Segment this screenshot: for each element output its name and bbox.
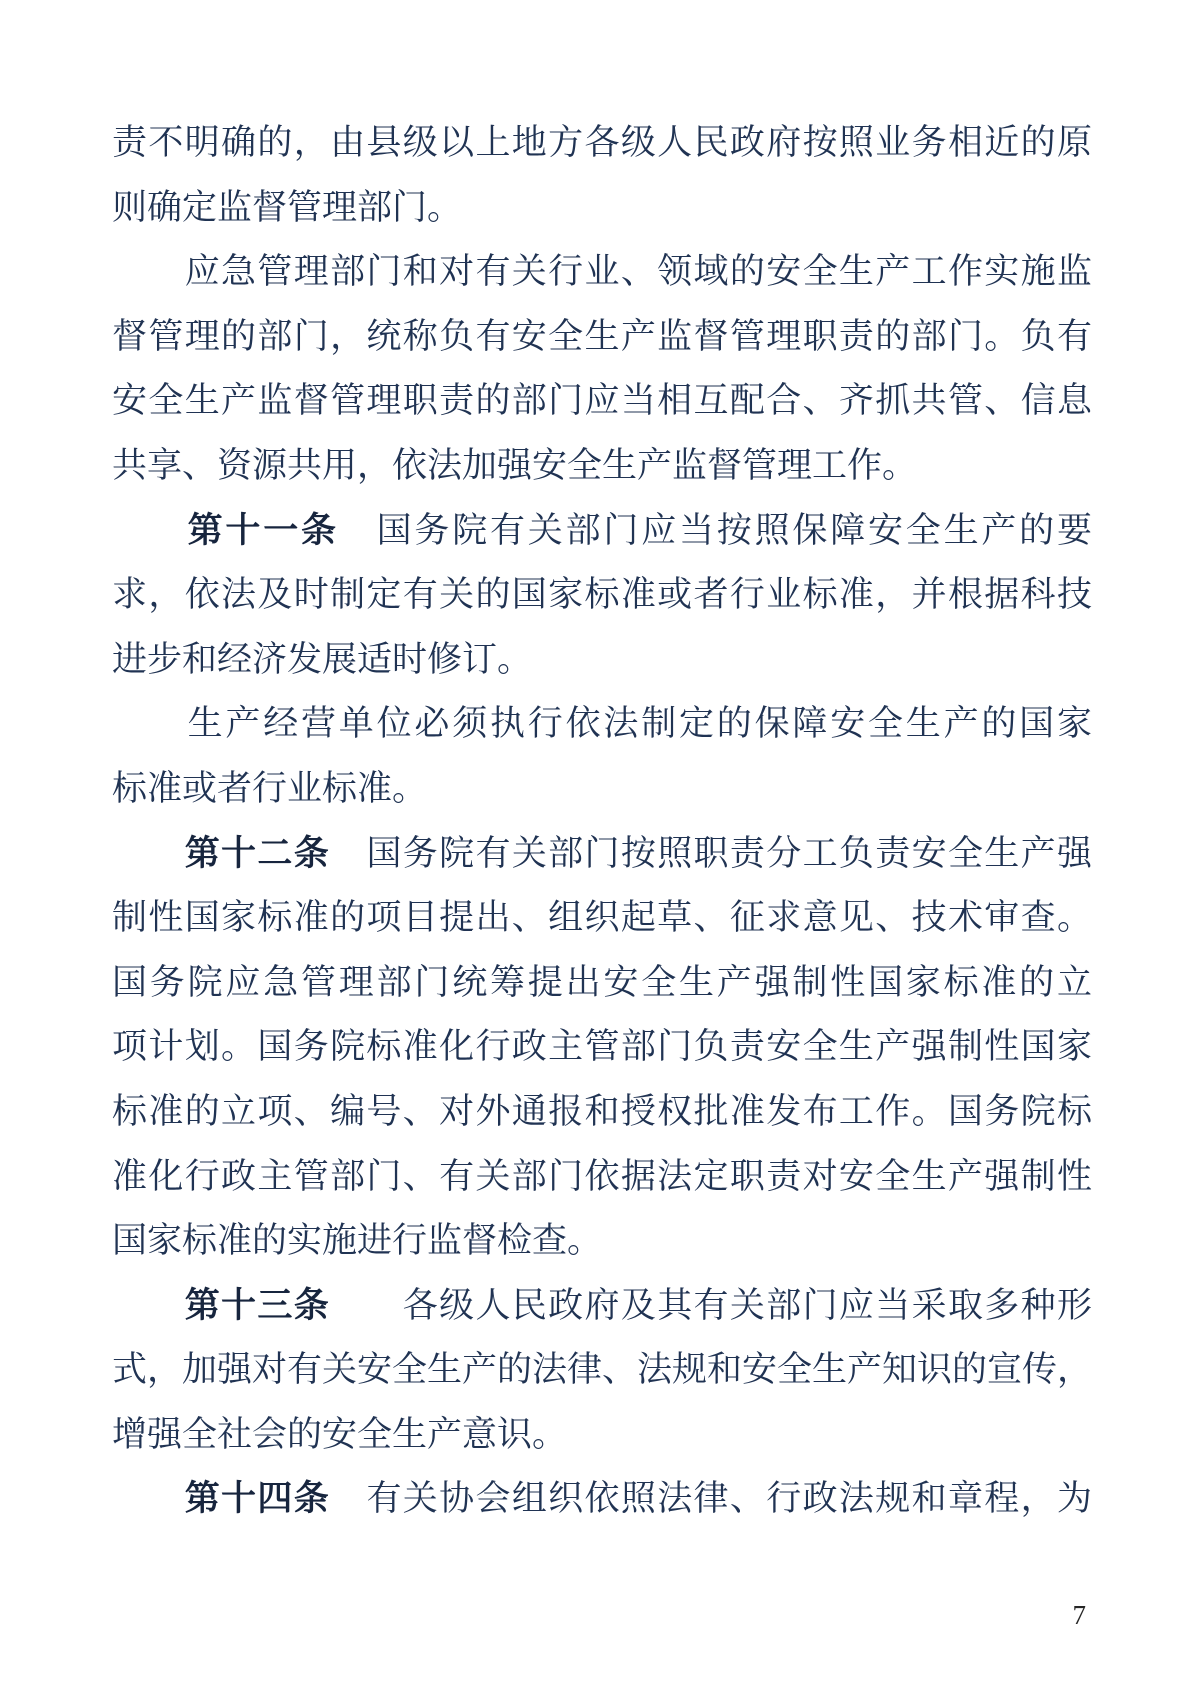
text-line: 第十一条 国务院有关部门应当按照保障安全生产的要 — [112, 499, 1092, 564]
body-text-segment: 督管理的部门，统称负有安全生产监督管理职责的部门。负有 — [112, 317, 1092, 356]
body-text: 责不明确的，由县级以上地方各级人民政府按照业务相近的原则确定监督管理部门。 应急… — [112, 111, 1092, 1532]
body-text-segment — [112, 834, 185, 873]
body-text-segment: 国务院有关部门按照职责分工负责安全生产强 — [330, 834, 1092, 873]
text-line: 标准的立项、编号、对外通报和授权批准发布工作。国务院标 — [112, 1080, 1092, 1145]
body-text-segment: 责不明确的，由县级以上地方各级人民政府按照业务相近的原 — [112, 123, 1092, 162]
text-line: 增强全社会的安全生产意识。 — [112, 1403, 1092, 1468]
page-number: 7 — [1073, 1600, 1087, 1630]
body-text-segment: 项计划。国务院标准化行政主管部门负责安全生产强制性国家 — [112, 1027, 1092, 1066]
body-text-segment: 应急管理部门和对有关行业、领域的安全生产工作实施监 — [112, 252, 1092, 291]
article-number: 第十二条 — [185, 834, 330, 873]
body-text-segment: 各级人民政府及其有关部门应当采取多种形 — [330, 1286, 1092, 1325]
body-text-segment: 求，依法及时制定有关的国家标准或者行业标准，并根据科技 — [112, 575, 1092, 614]
text-line: 准化行政主管部门、有关部门依据法定职责对安全生产强制性 — [112, 1145, 1092, 1210]
body-text-segment: 则确定监督管理部门。 — [112, 188, 462, 227]
text-line: 安全生产监督管理职责的部门应当相互配合、齐抓共管、信息 — [112, 369, 1092, 434]
body-text-segment: 增强全社会的安全生产意识。 — [112, 1415, 567, 1454]
body-text-segment: 国家标准的实施进行监督检查。 — [112, 1221, 602, 1260]
article-number: 第十四条 — [185, 1479, 330, 1518]
body-text-segment: 式，加强对有关安全生产的法律、法规和安全生产知识的宣传， — [112, 1350, 1092, 1389]
body-text-segment: 准化行政主管部门、有关部门依据法定职责对安全生产强制性 — [112, 1157, 1092, 1196]
text-line: 则确定监督管理部门。 — [112, 176, 1092, 241]
body-text-segment: 标准的立项、编号、对外通报和授权批准发布工作。国务院标 — [112, 1092, 1092, 1131]
page-footer: 7 — [112, 1598, 1086, 1632]
body-text-segment — [112, 1286, 185, 1325]
text-line: 进步和经济发展适时修订。 — [112, 628, 1092, 693]
article-number: 第十一条 — [188, 511, 339, 550]
text-line: 国务院应急管理部门统筹提出安全生产强制性国家标准的立 — [112, 951, 1092, 1016]
body-text-segment: 标准或者行业标准。 — [112, 769, 427, 808]
text-line: 式，加强对有关安全生产的法律、法规和安全生产知识的宣传， — [112, 1338, 1092, 1403]
body-text-segment: 安全生产监督管理职责的部门应当相互配合、齐抓共管、信息 — [112, 381, 1092, 420]
text-line: 督管理的部门，统称负有安全生产监督管理职责的部门。负有 — [112, 305, 1092, 370]
body-text-segment — [112, 1479, 185, 1518]
body-text-segment: 有关协会组织依照法律、行政法规和章程，为 — [330, 1479, 1092, 1518]
text-line: 应急管理部门和对有关行业、领域的安全生产工作实施监 — [112, 240, 1092, 305]
body-text-segment: 制性国家标准的项目提出、组织起草、征求意见、技术审查。 — [112, 898, 1092, 937]
body-text-segment: 生产经营单位必须执行依法制定的保障安全生产的国家 — [112, 704, 1092, 743]
text-line: 标准或者行业标准。 — [112, 757, 1092, 822]
text-line: 项计划。国务院标准化行政主管部门负责安全生产强制性国家 — [112, 1015, 1092, 1080]
body-text-segment: 进步和经济发展适时修订。 — [112, 640, 532, 679]
text-line: 生产经营单位必须执行依法制定的保障安全生产的国家 — [112, 692, 1092, 757]
text-line: 第十四条 有关协会组织依照法律、行政法规和章程，为 — [112, 1467, 1092, 1532]
body-text-segment — [112, 511, 188, 550]
text-line: 第十二条 国务院有关部门按照职责分工负责安全生产强 — [112, 822, 1092, 887]
text-line: 国家标准的实施进行监督检查。 — [112, 1209, 1092, 1274]
text-line: 求，依法及时制定有关的国家标准或者行业标准，并根据科技 — [112, 563, 1092, 628]
article-number: 第十三条 — [185, 1286, 330, 1325]
body-text-segment: 国务院有关部门应当按照保障安全生产的要 — [339, 511, 1092, 550]
text-line: 制性国家标准的项目提出、组织起草、征求意见、技术审查。 — [112, 886, 1092, 951]
body-text-segment: 国务院应急管理部门统筹提出安全生产强制性国家标准的立 — [112, 963, 1092, 1002]
document-page: 责不明确的，由县级以上地方各级人民政府按照业务相近的原则确定监督管理部门。 应急… — [0, 0, 1190, 1683]
text-line: 责不明确的，由县级以上地方各级人民政府按照业务相近的原 — [112, 111, 1092, 176]
text-line: 第十三条 各级人民政府及其有关部门应当采取多种形 — [112, 1274, 1092, 1339]
text-line: 共享、资源共用，依法加强安全生产监督管理工作。 — [112, 434, 1092, 499]
body-text-segment: 共享、资源共用，依法加强安全生产监督管理工作。 — [112, 446, 917, 485]
